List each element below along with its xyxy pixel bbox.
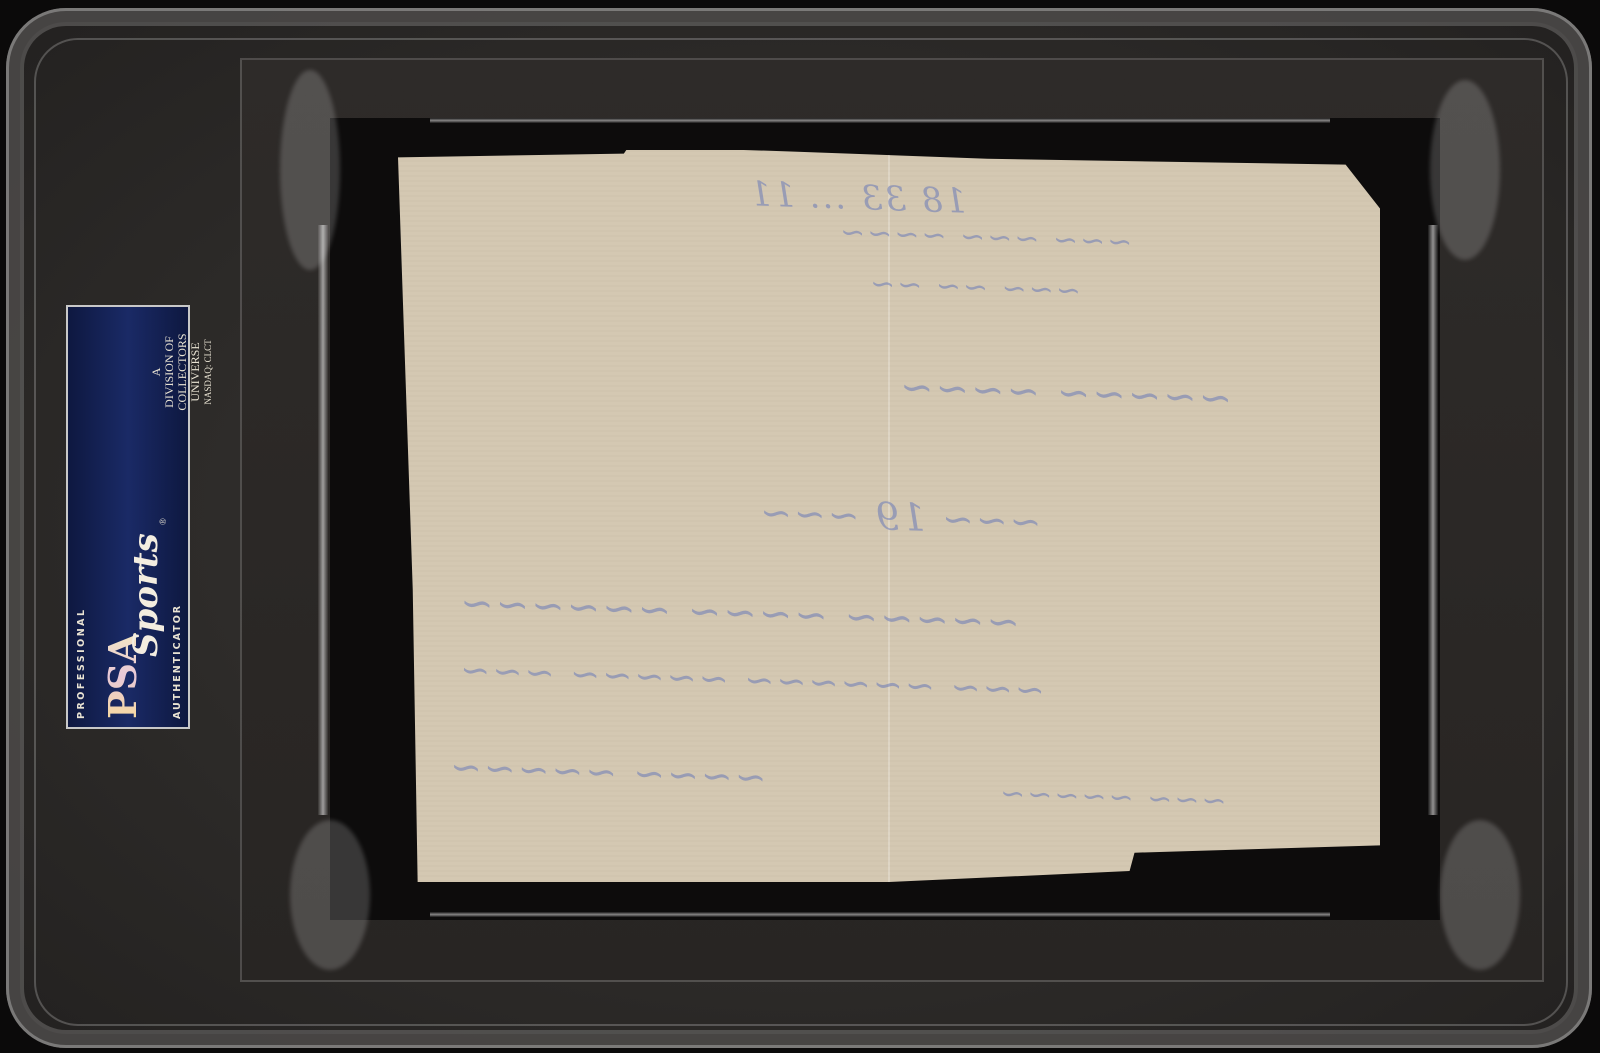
- ticker: NASDAQ: CLCT: [202, 317, 215, 427]
- sheen-bottom-right: [1440, 820, 1520, 970]
- ink-line: ~~~ ~~ ~~: [867, 266, 1081, 308]
- sheen-top-left: [280, 70, 340, 270]
- label-professional: PROFESSIONAL: [76, 607, 87, 719]
- ink-line: ~~~ ~~~~~~ ~~~~~ ~~~: [457, 650, 1045, 711]
- sleeve-rail-bottom: [430, 912, 1330, 917]
- ink-line: ~~~~~ ~~~~ ~~~~~~: [457, 580, 1020, 646]
- label-authenticator: AUTHENTICATOR: [172, 604, 183, 719]
- sheen-bottom-left: [290, 820, 370, 970]
- ink-line: ~~~ ~~~ ~~~~: [837, 215, 1132, 260]
- authentication-label: PROFESSIONAL PSA Sports ® AUTHENTICATOR …: [66, 305, 190, 729]
- registered-mark: ®: [158, 518, 168, 525]
- label-division: A DIVISION OF COLLECTORS UNIVERSE NASDAQ…: [150, 317, 215, 427]
- sleeve-rail-right: [1428, 225, 1438, 815]
- ink-line: ~~~ ~~~~~: [997, 776, 1227, 819]
- ink-line: ~~~ 19 ~~~: [757, 490, 1042, 544]
- sleeve-rail-left: [318, 225, 328, 815]
- sheen-top-right: [1430, 80, 1500, 260]
- division-line: UNIVERSE: [189, 317, 202, 427]
- ink-line: ~~~~~ ~~~~: [897, 364, 1233, 422]
- sleeve-rail-top: [430, 118, 1330, 123]
- handwritten-document: 18 33 ... 11 ~~~ ~~~ ~~~~ ~~~ ~~ ~~ ~~~~…: [398, 150, 1380, 882]
- ink-line: ~~~~ ~~~~~: [447, 744, 767, 799]
- label-script: Sports: [126, 533, 166, 657]
